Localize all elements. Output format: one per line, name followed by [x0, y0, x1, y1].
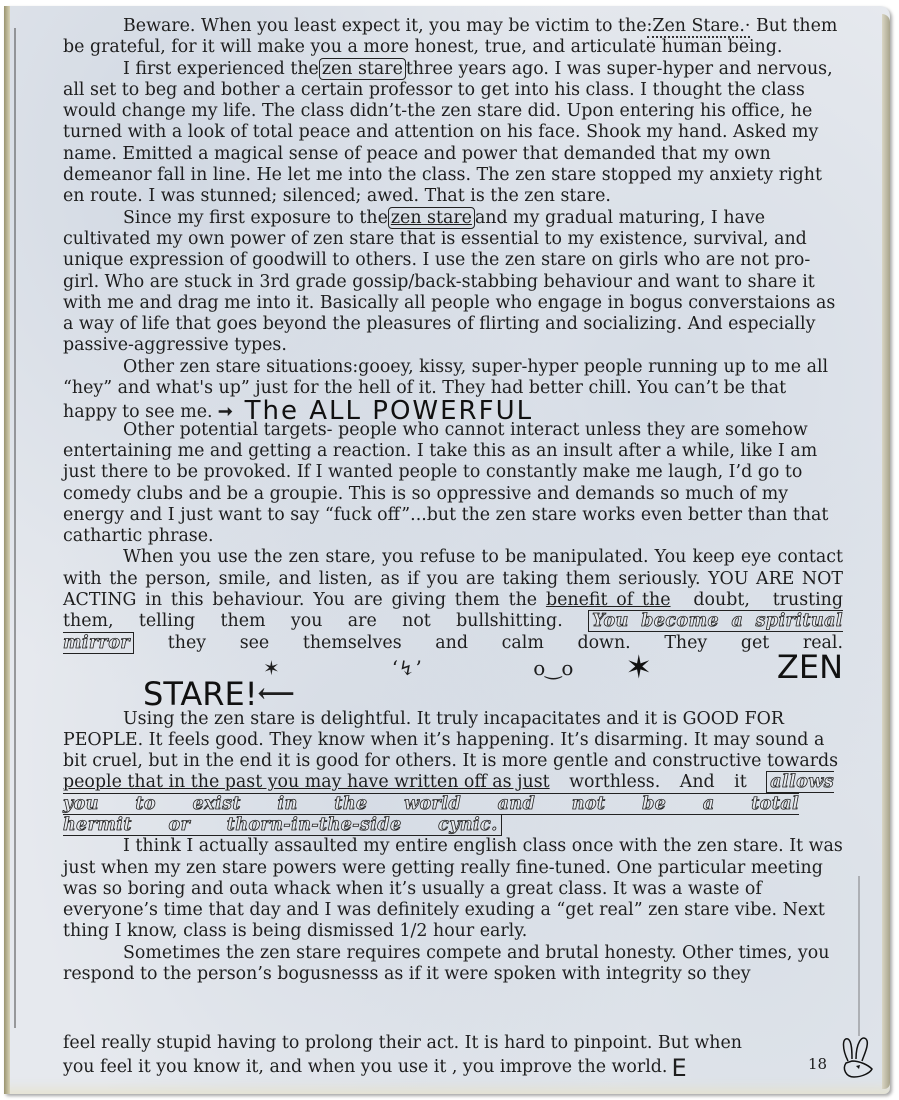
page-footer: feel really stupid having to prolong the… — [63, 1033, 863, 1079]
underlined-phrase: benefit of the — [546, 590, 671, 610]
bunny-doodle-icon — [838, 1033, 878, 1087]
paragraph-2: I first experienced thezen starethree ye… — [63, 59, 843, 208]
paragraph-5: Other potential targets- people who cann… — [63, 420, 843, 548]
doodle-row: ✶ʻ↯ʼo‿o✶ ZEN STARE!⟵ — [143, 654, 843, 709]
text-run: Beware. When you least expect it, you ma… — [123, 16, 647, 36]
text-run: worthless. And it — [550, 772, 767, 792]
paragraph-8: I think I actually assaulted my entire e… — [63, 836, 843, 942]
paragraph-7: Using the zen stare is delightful. It tr… — [63, 709, 843, 837]
article-body: Beware. When you least expect it, you ma… — [63, 16, 843, 985]
paragraph-4: Other zen stare situations:gooey, kissy,… — [63, 357, 843, 424]
paragraph-6: When you use the zen stare, you refuse t… — [63, 547, 843, 708]
zen-stare-highlight: :Zen Stare.· — [647, 16, 751, 38]
page-number: 18 — [808, 1054, 827, 1075]
page-edge — [882, 14, 890, 1089]
text-run: three years ago. I was super-hyper and n… — [63, 59, 833, 207]
text-run: and my gradual maturing, I have cultivat… — [63, 208, 835, 356]
text-run: Using the zen stare is delightful. It tr… — [63, 709, 838, 772]
boxed-phrase: zen stare — [319, 58, 406, 80]
footer-line-2: you feel it you know it, and when you us… — [63, 1054, 863, 1078]
page-spine — [4, 6, 10, 1094]
text-run: you feel it you know it, and when you us… — [63, 1057, 667, 1077]
paragraph-9: Sometimes the zen stare requires compete… — [63, 943, 843, 986]
handwritten-note: The ALL POWERFUL — [245, 396, 533, 426]
footer-line-1: feel really stupid having to prolong the… — [63, 1033, 863, 1054]
arrow-left-icon: ⟵ — [258, 679, 295, 709]
face-doodle-icon: ʻ↯ʼ — [332, 658, 421, 679]
paragraph-1: Beware. When you least expect it, you ma… — [63, 16, 843, 59]
staple-line — [14, 28, 16, 1028]
underlined-phrase: people that in the past you may have wri… — [63, 772, 550, 792]
text-run: Since my first exposure to the — [123, 208, 388, 228]
handwritten-initial: E — [671, 1054, 686, 1082]
text-run: I first experienced the — [123, 59, 319, 79]
paragraph-3: Since my first exposure to thezen starea… — [63, 208, 843, 357]
boxed-phrase: zen stare — [388, 207, 475, 229]
smiley-icon: o‿o — [473, 658, 573, 679]
margin-line — [858, 876, 860, 1036]
